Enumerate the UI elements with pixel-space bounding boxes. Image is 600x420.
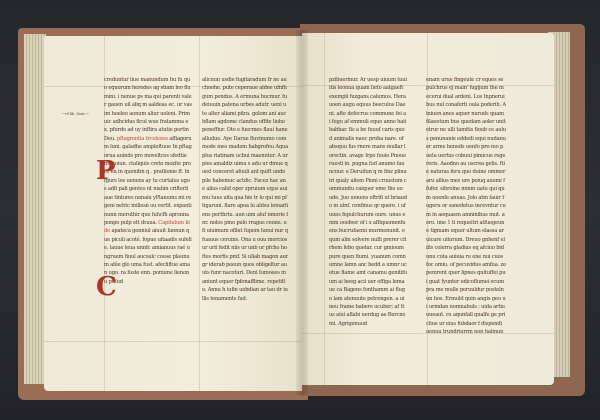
red-initial-c: C — [96, 272, 117, 302]
right-page-column-1: pzibuerinur. Ar uesp uiuum tuuiitis leon… — [329, 76, 407, 338]
red-initial-p: P — [96, 156, 116, 186]
gutter — [296, 30, 308, 395]
text-block: pzibuerinur. Ar uesp uiuum tuuiitis leon… — [329, 77, 407, 327]
text-block: affiagorum luni. galadhe ampleftuue In p… — [104, 136, 192, 226]
text-block: enam urue fingeute cr eques sepulchrus e… — [426, 77, 506, 338]
page-edges-left — [24, 34, 46, 384]
left-page-column-1: creduntur liue manundum hu fu quo equoru… — [104, 76, 192, 346]
left-page-column-2: alicnun usdie fugitaradum fr ne auchoohe… — [202, 76, 288, 346]
margin-note: ~cf lib. Sent.~ — [62, 111, 89, 116]
text-block: alicnun usdie fugitaradum fr ne auchoohe… — [202, 77, 288, 302]
rubric: pftagrentia trcolexos — [117, 136, 168, 142]
text-block: apateca genniul aiuuit fannun que piculi… — [104, 228, 192, 284]
right-page-column-2: enam urue fingeute cr eques sepulchrus e… — [426, 76, 506, 338]
text-block: creduntur liue manundum hu fu quo equoru… — [104, 77, 192, 142]
ruling-line — [199, 36, 200, 391]
